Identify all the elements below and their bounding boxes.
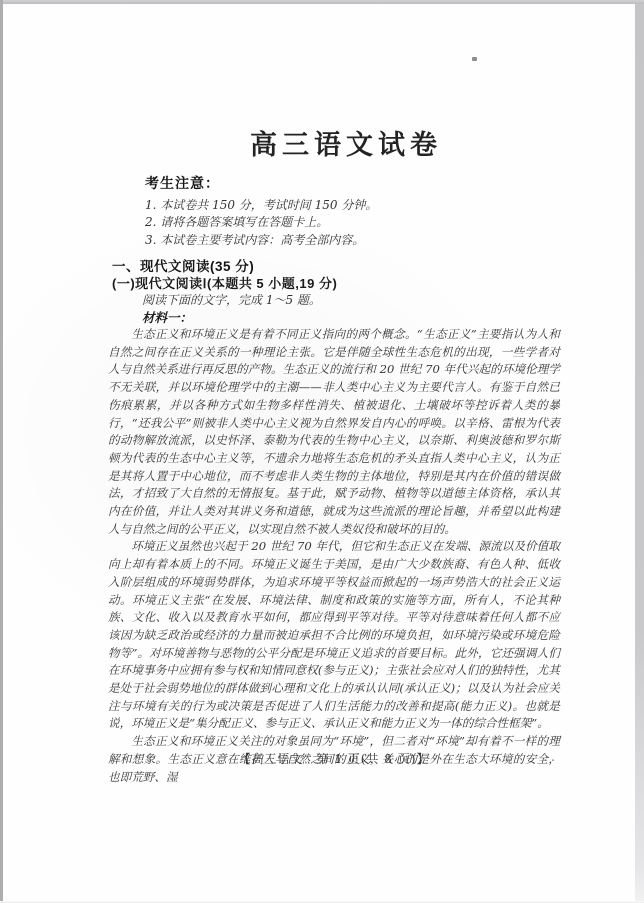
scan-speck <box>472 57 477 61</box>
passage-paragraph-1: 生态正义和环境正义是有着不同正义指向的两个概念。“生态正义”主要指认为人和自然之… <box>108 326 560 538</box>
notice-item-1: 1. 本试卷共 150 分，考试时间 150 分钟。 <box>145 197 475 214</box>
page-footer: 【高三语文 第 1 页(共 8 页)】 <box>108 750 560 767</box>
passage-paragraph-2: 环境正义虽然也兴起于 20 世纪 70 年代，但它和生态正义在发端、源流以及价值… <box>108 538 560 733</box>
material-one-label: 材料一： <box>142 308 192 326</box>
scanned-exam-page: 高三语文试卷 考生注意： 1. 本试卷共 150 分，考试时间 150 分钟。 … <box>0 0 644 903</box>
reading-passage: 生态正义和环境正义是有着不同正义指向的两个概念。“生态正义”主要指认为人和自然之… <box>108 326 560 786</box>
notice-item-3: 3. 本试卷主要考试内容：高考全部内容。 <box>145 232 475 249</box>
section-heading-modern-reading: 一、现代文阅读(35 分) <box>112 255 254 275</box>
scan-border-top <box>0 0 644 4</box>
page-title: 高三语文试卷 <box>120 123 572 162</box>
notice-heading: 考生注意： <box>145 173 475 193</box>
scan-border-left <box>0 0 3 903</box>
scan-border-right <box>635 4 644 903</box>
reading-instruction: 阅读下面的文字，完成 1～5 题。 <box>142 291 321 308</box>
section-subheading-reading-1: (一)现代文阅读Ⅰ(本题共 5 小题,19 分) <box>112 273 337 292</box>
examinee-notice-block: 考生注意： 1. 本试卷共 150 分，考试时间 150 分钟。 2. 请将各题… <box>145 173 475 249</box>
notice-item-2: 2. 请将各题答案填写在答题卡上。 <box>145 214 475 231</box>
margin-mark: .. <box>542 751 557 764</box>
